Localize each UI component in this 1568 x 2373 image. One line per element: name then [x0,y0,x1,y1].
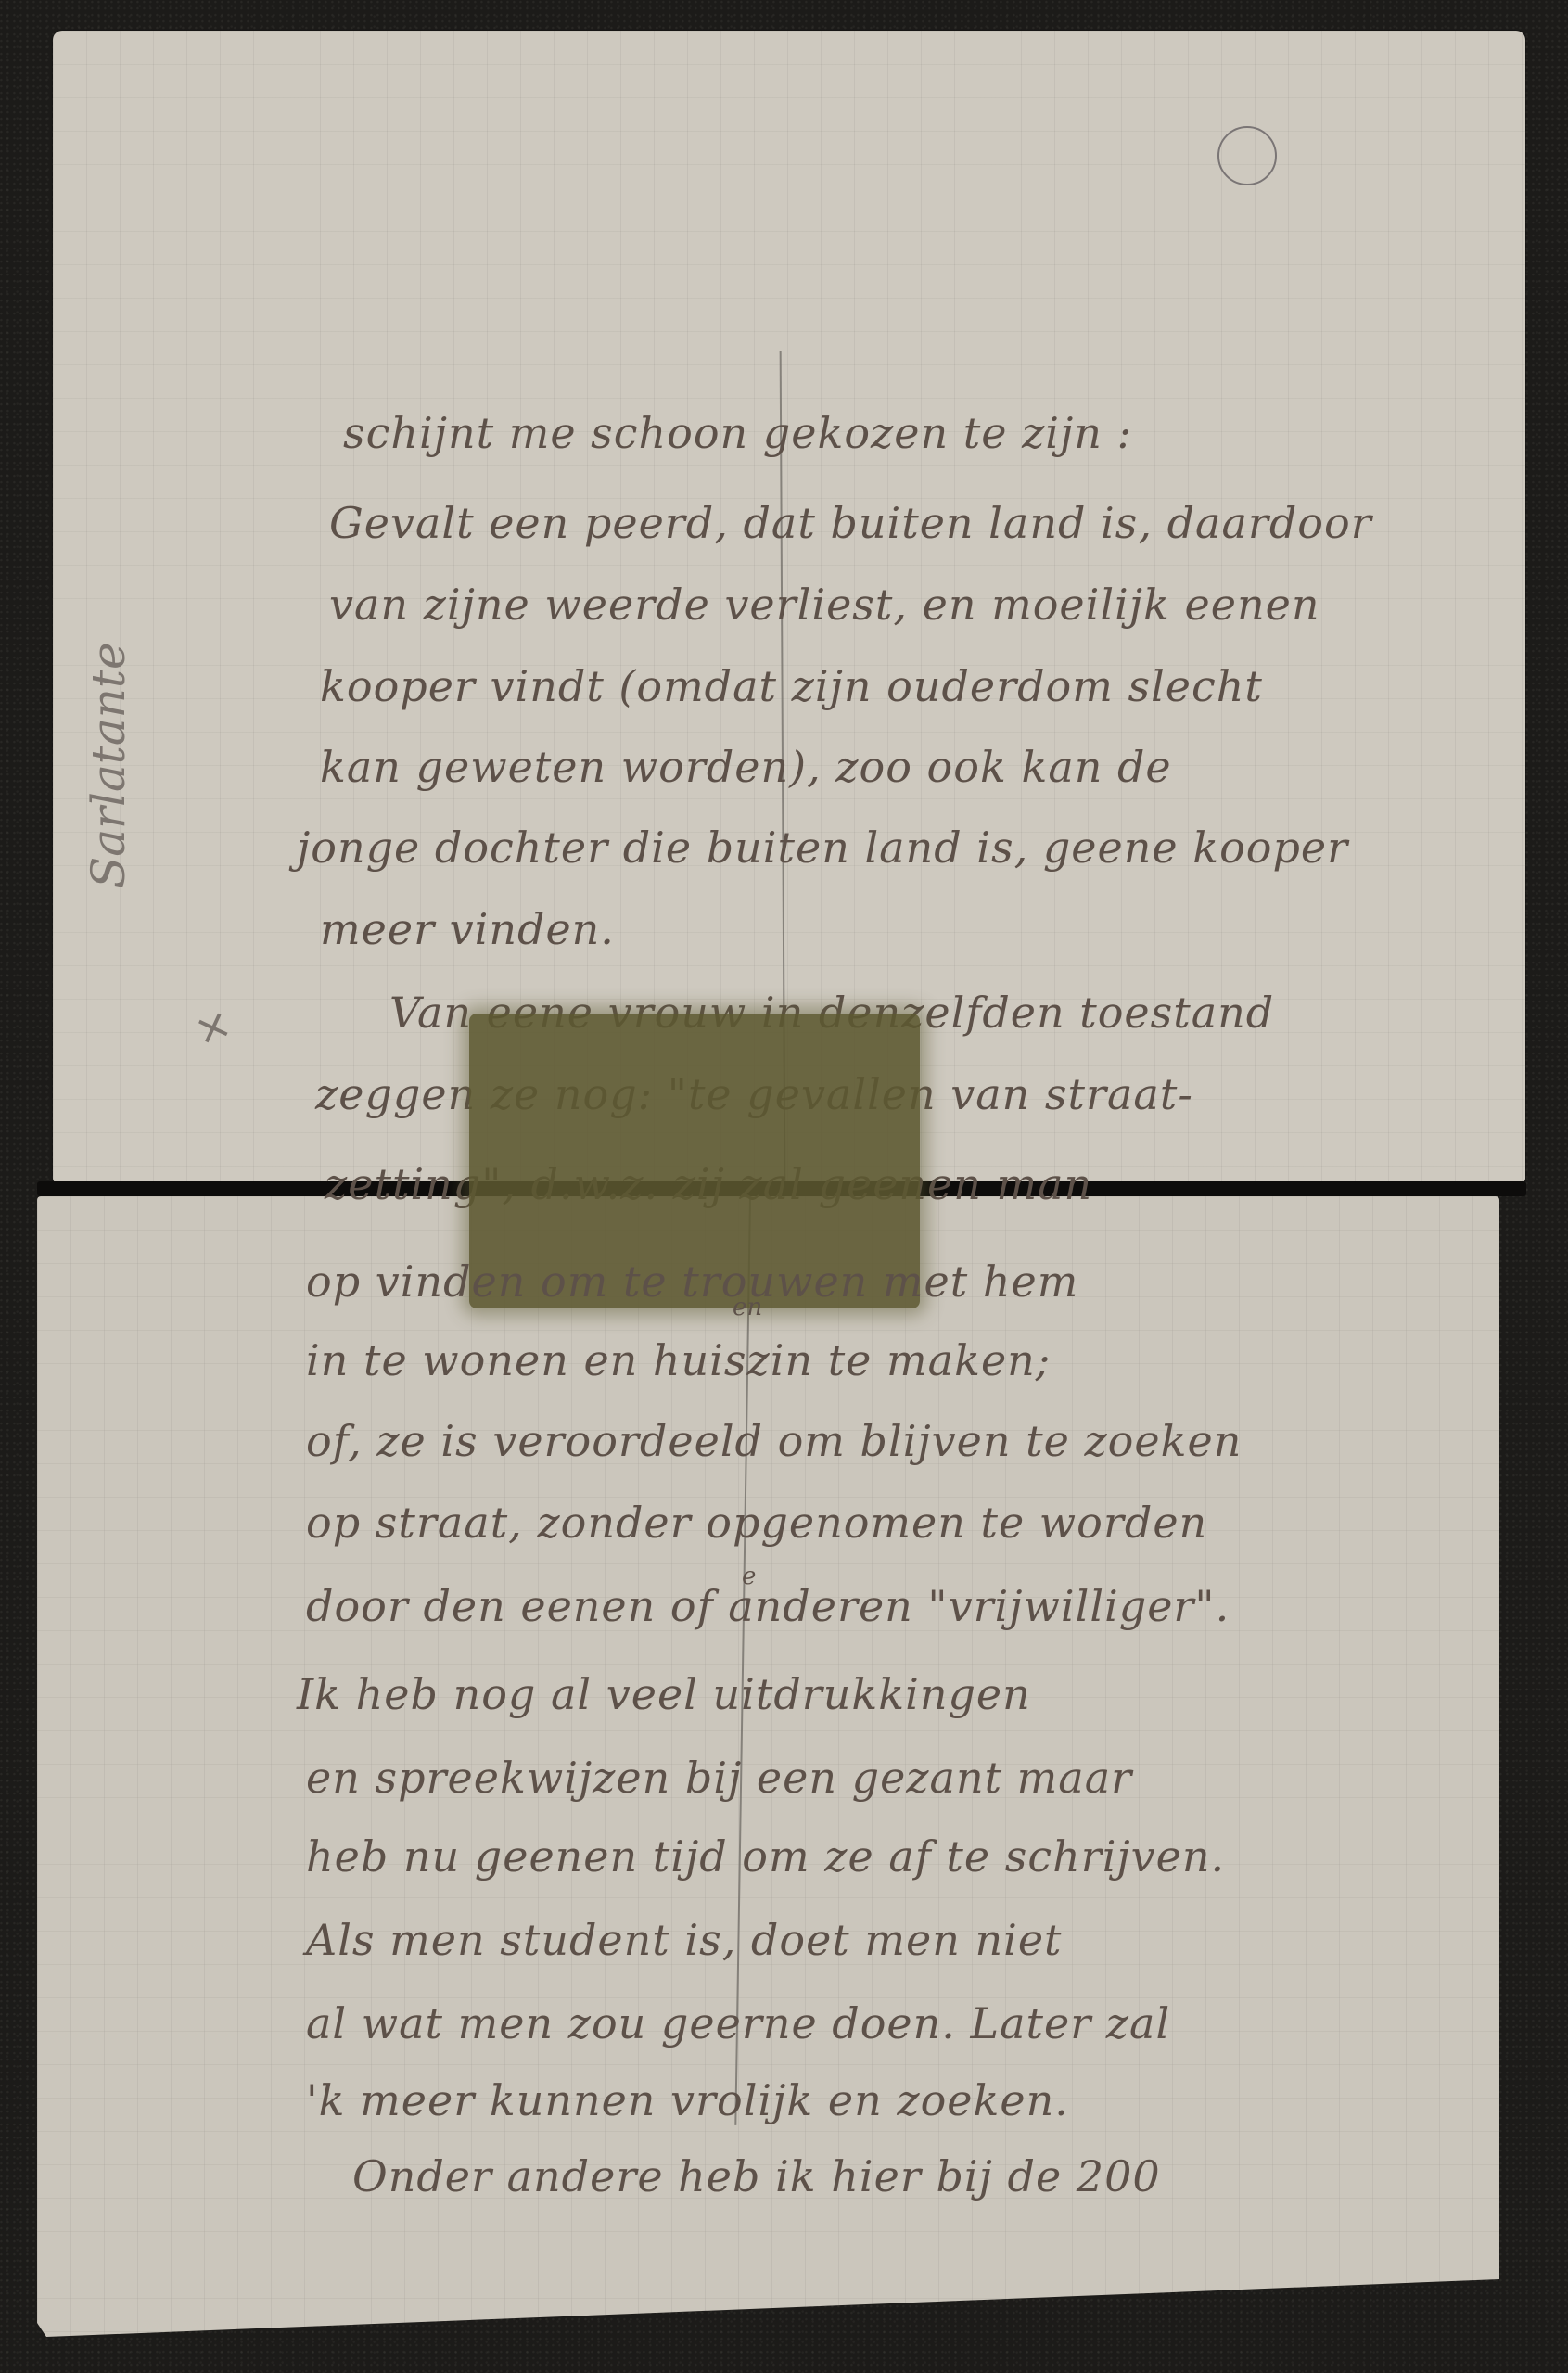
text-line-13: of, ze is veroordeeld om blijven te zoek… [306,1416,1242,1466]
text-line-1: schijnt me schoon gekozen te zijn : [343,408,1132,458]
text-line-21: 'k meer kunnen vrolijk en zoeken. [306,2075,1069,2125]
text-line-22: Onder andere heb ik hier bij de 200 [352,2151,1161,2201]
text-line-12: in te wonen en huiszin te maken; [306,1335,1051,1385]
text-line-18: heb nu geenen tijd om ze af te schrijven… [306,1831,1225,1882]
text-line-6: jonge dochter die buiten land is, geene … [297,823,1348,873]
text-line-5: kan geweten worden), zoo ook kan de [320,742,1172,792]
text-line-14: op straat, zonder opgenomen te worden [306,1498,1207,1548]
text-line-19: Als men student is, doet men niet [306,1915,1063,1965]
text-insertion-1: en [733,1294,762,1321]
text-line-2: Gevalt een peerd, dat buiten land is, da… [329,498,1372,548]
text-line-11: op vinden om te trouwen met hem [306,1257,1078,1307]
text-line-16: Ik heb nog al veel uitdrukkingen [297,1669,1031,1719]
text-line-7: meer vinden. [320,904,615,954]
corner-circle-mark [1217,126,1277,185]
text-line-4: kooper vindt (omdat zijn ouderdom slecht [320,661,1263,711]
text-line-17: en spreekwijzen bij een gezant maar [306,1753,1132,1803]
text-line-3: van zijne weerde verliest, en moeilijk e… [329,580,1319,630]
text-line-15: door den eenen of anderen "vrijwilliger"… [306,1581,1230,1631]
text-line-20: al wat men zou geerne doen. Later zal [306,1998,1170,2048]
margin-note: Sarlatante [82,642,135,888]
